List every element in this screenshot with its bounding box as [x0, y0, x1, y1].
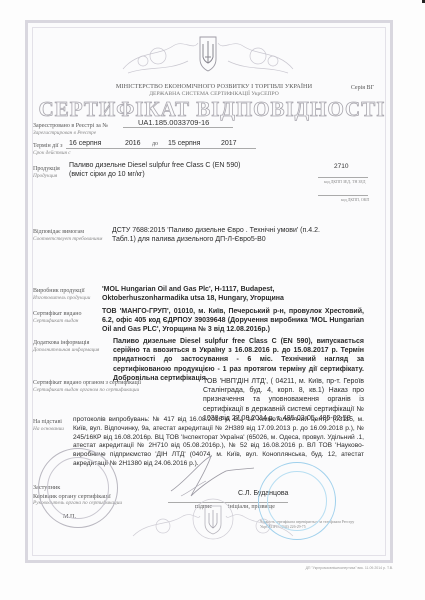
manufacturer-label: Виробник продукції Изготовитель продукци…: [33, 288, 90, 302]
issued-to-text: ТОВ 'МАНГО-ГРУП', 01010, м. Київ, Печерс…: [102, 307, 364, 335]
issued-to-label: Сертифікат видано Сертификат выдан: [33, 311, 81, 325]
certificate-title: СЕРТИФІКАТ ВІДПОВІДНОСТІ: [28, 97, 396, 122]
additional-info-label-ua: Додаткова інформація: [33, 340, 89, 346]
validity-label-ua: Термін дії з: [33, 143, 62, 149]
ornament-top-icon: [118, 31, 298, 76]
trident-seal-icon: [205, 506, 221, 534]
registry-label-ru: Зарегистрирован в Реестре: [33, 130, 108, 137]
manufacturer-label-ru: Изготовитель продукции: [33, 295, 90, 302]
product-label-ua: Продукція: [33, 166, 60, 172]
requirements-label: Відповідає вимогам Соответствует требова…: [33, 229, 102, 243]
certification-body-label-ua: Сертифікат видано органом з сертифікації: [33, 380, 141, 386]
registry-label-ua: Зареєстровано в Реєстрі за №: [33, 123, 108, 129]
official-stamp-gray: [38, 448, 118, 528]
product-label-ru: Продукция: [33, 173, 60, 180]
product-line-1: Паливо дизельне Diesel sulpfur free Clas…: [69, 161, 299, 170]
official-stamp-blue: [258, 462, 336, 540]
manufacturer-text: 'MOL Hungarian Oil and Gas Plc', H-1117,…: [102, 285, 302, 303]
code1-underline: [318, 177, 368, 178]
additional-info-label: Додаткова інформація Дополнительная инфо…: [33, 340, 99, 354]
series-label: Серія ВГ: [351, 85, 374, 91]
valid-to-word: до: [152, 141, 158, 148]
ministry-name: МІНІСТЕРСТВО ЕКОНОМІЧНОГО РОЗВИТКУ І ТОР…: [64, 83, 364, 90]
product-label: Продукція Продукция: [33, 166, 60, 180]
registry-underline: [123, 127, 233, 128]
requirements-label-ua: Відповідає вимогам: [33, 229, 84, 235]
code2-underline: [318, 195, 368, 196]
requirements-label-ru: Соответствует требованиям: [33, 236, 102, 243]
issued-to-label-ru: Сертификат выдан: [33, 318, 81, 325]
validity-underline: [66, 148, 256, 149]
valid-to-date: 15 серпня: [168, 139, 200, 148]
certification-body-label: Сертифікат видано органом з сертифікації…: [33, 380, 141, 394]
validity-label-ru: Срок действия с: [33, 150, 71, 157]
code2-caption: код ДКПП, ОКП: [341, 197, 369, 202]
basis-label-ru: На основании: [33, 426, 64, 433]
basis-label: На підставі На основании: [33, 419, 64, 433]
issued-to-label-ua: Сертифікат видано: [33, 311, 81, 317]
requirements-text: ДСТУ 7688:2015 'Паливо дизельне Євро . Т…: [112, 226, 342, 244]
certification-body-label-ru: Сертификат выдан органом по сертификации: [33, 387, 141, 394]
registry-label: Зареєстровано в Реєстрі за № Зарегистрир…: [33, 123, 108, 137]
registry-number: UA1.185.0033709-16: [138, 118, 209, 127]
valid-from-year: 2016: [125, 139, 141, 148]
manufacturer-label-ua: Виробник продукції: [33, 288, 85, 294]
print-note: ДП "Укрпромзовнішекспертиза" вик. 11.09.…: [306, 566, 393, 570]
product-code-1: 2710: [334, 163, 348, 170]
code1-caption: код ДКПП ЗЕД, ТН ЗЕД: [324, 179, 366, 184]
validity-label: Термін дії з Срок действия с: [33, 143, 71, 157]
additional-info-label-ru: Дополнительная информация: [33, 347, 99, 354]
valid-from-date: 16 серпня: [69, 139, 101, 148]
trident-coat-of-arms-icon: [200, 37, 216, 71]
valid-to-year: 2017: [221, 139, 237, 148]
basis-label-ua: На підставі: [33, 419, 62, 425]
product-line-2: (вміст сірки до 10 мг/кг): [69, 170, 299, 179]
